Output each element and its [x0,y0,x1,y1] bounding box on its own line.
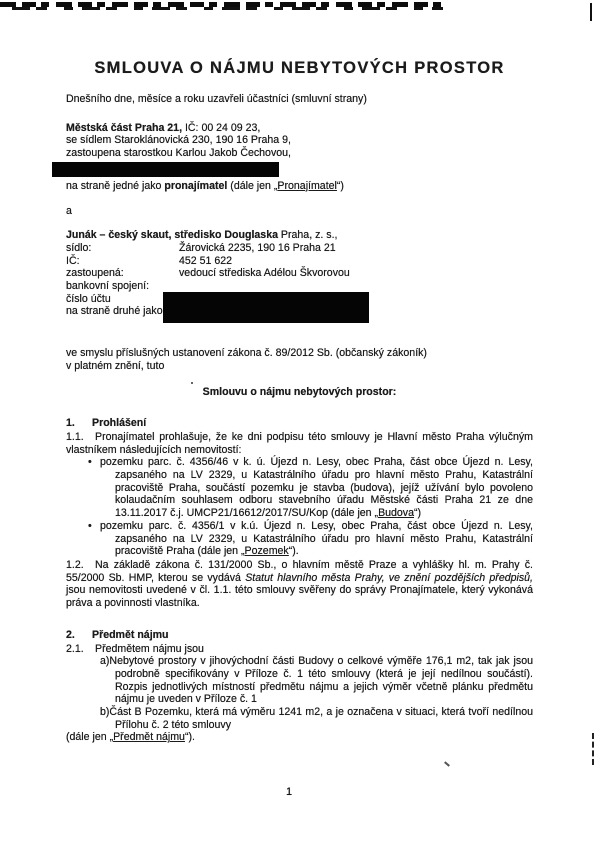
paragraph-1-1-number: 1.1. [66,431,95,444]
landlord-name: Městská část Praha 21, [66,122,182,134]
redaction-bar-tenant [163,292,369,323]
tenant-value-zastoupena: vedoucí střediska Adélou Škvorovou [179,267,533,280]
paragraph-1-2-text-end: jsou nemovitosti uvedené v čl. 1.1. této… [66,584,533,609]
bullet-item-parcel-4356-46: •pozemku parc. č. 4356/46 v k. ú. Újezd … [115,456,533,520]
paragraph-1-2-number: 1.2. [66,559,95,572]
tenant-name-rest: Praha, z. s., [278,229,337,241]
defined-term-predmet-najmu: Předmět nájmu [113,731,185,743]
landlord-role-line: na straně jedné jako pronajímatel (dále … [66,180,533,193]
defined-term-budova: Budova [378,507,414,519]
landlord-role-term-bold: pronajímatel [164,180,227,192]
section-2: 2.Předmět nájmu 2.1.Předmětem nájmu jsou… [66,629,533,744]
landlord-defined-term: Pronajímatel [277,180,336,192]
tenant-row-bank: bankovní spojení: [66,280,533,293]
tenant-name: Junák – český skaut, středisko Douglaska [66,229,278,241]
tenant-value-sidlo: Žárovická 2235, 190 16 Praha 21 [179,242,533,255]
tenant-row-zastoupena: zastoupená:vedoucí střediska Adélou Škvo… [66,267,533,280]
scan-artifact-edge-dashes [592,733,594,765]
contract-heading: Smlouvu o nájmu nebytových prostor: [66,386,533,399]
tenant-name-line: Junák – český skaut, středisko Douglaska… [66,229,533,242]
preamble-line-2: v platném znění, tuto [66,360,533,373]
tenant-row-ic: IČ:452 51 622 [66,255,533,268]
tenant-label-bank: bankovní spojení: [66,280,179,293]
landlord-address-line: se sídlem Staroklánovická 230, 190 16 Pr… [66,134,533,147]
item-a-label: a) [100,655,109,667]
tenant-label-zastoupena: zastoupená: [66,267,179,280]
bullet-icon: • [88,456,92,469]
bullet-1-text-end: “) [414,507,421,519]
landlord-role-post: “) [337,180,344,192]
item-b-label: b) [100,706,109,718]
item-a: a)Nebytové prostory v jihovýchodní části… [115,655,533,706]
closing-definition-line: (dále jen „Předmět nájmu“). [66,731,533,744]
bullet-1-text: pozemku parc. č. 4356/46 v k. ú. Újezd n… [100,456,533,519]
landlord-representative-line: zastoupena starostkou Karlou Jakob Čecho… [66,147,533,160]
preamble-line-1: ve smyslu příslušných ustanovení zákona … [66,347,533,360]
scan-noise-mark [444,761,450,766]
landlord-role-mid: (dále jen „ [227,180,277,192]
tenant-row-sidlo: sídlo:Žárovická 2235, 190 16 Praha 21 [66,242,533,255]
bullet-2-text-end: “). [289,545,299,557]
landlord-name-line: Městská část Praha 21, IČ: 00 24 09 23, [66,122,533,135]
landlord-role-pre: na straně jedné jako [66,180,164,192]
scan-artifact-edge-tick [590,3,592,21]
paragraph-1-1-text: Pronajímatel prohlašuje, že ke dni podpi… [66,431,533,456]
section-1: 1.Prohlášení 1.1.Pronajímatel prohlašuje… [66,417,533,610]
conjunction: a [66,205,533,218]
document-body: SMLOUVA O NÁJMU NEBYTOVÝCH PROSTOR Dnešn… [66,58,533,744]
page-number: 1 [286,786,292,798]
paragraph-2-1-text: Předmětem nájmu jsou [95,643,204,655]
landlord-ic: IČ: 00 24 09 23, [182,122,260,134]
section-1-number: 1. [66,417,92,430]
defined-term-pozemek: Pozemek [245,545,289,557]
property-bullet-list: •pozemku parc. č. 4356/46 v k. ú. Újezd … [66,456,533,558]
section-2-heading: Předmět nájmu [92,629,169,641]
bullet-item-parcel-4356-1: •pozemku parc. č. 4356/1 v k.ú. Újezd n.… [115,520,533,558]
section-1-heading-line: 1.Prohlášení [66,417,533,430]
tenant-value-bank [179,280,533,293]
tenant-block: Junák – český skaut, středisko Douglaska… [66,229,533,318]
section-2-heading-line: 2.Předmět nájmu [66,629,533,642]
paragraph-1-2: 1.2.Na základě zákona č. 131/2000 Sb., o… [66,559,533,610]
tenant-label-ic: IČ: [66,255,179,268]
tenant-value-ic: 452 51 622 [179,255,533,268]
scanned-contract-page: SMLOUVA O NÁJMU NEBYTOVÝCH PROSTOR Dnešn… [0,0,595,841]
redaction-bar-landlord [52,162,279,177]
bullet-2-text: pozemku parc. č. 4356/1 v k.ú. Újezd n. … [100,520,533,557]
closing-pre: (dále jen „ [66,731,113,743]
item-b: b)Část B Pozemku, která má výměru 1241 m… [115,706,533,731]
paragraph-2-1-number: 2.1. [66,643,95,656]
document-title: SMLOUVA O NÁJMU NEBYTOVÝCH PROSTOR [66,58,533,78]
intro-line: Dnešního dne, měsíce a roku uzavřeli úča… [66,93,533,106]
scan-artifact-top-strip-2 [3,7,443,10]
section-2-number: 2. [66,629,92,642]
statute-title-italic: Statut hlavního města Prahy, ve znění po… [245,572,533,584]
tenant-label-sidlo: sídlo: [66,242,179,255]
paragraph-2-1: 2.1.Předmětem nájmu jsou [66,643,533,656]
item-a-text: Nebytové prostory v jihovýchodní části B… [109,655,533,705]
preamble-block: ve smyslu příslušných ustanovení zákona … [66,347,533,372]
section-1-heading: Prohlášení [92,417,146,429]
tenant-role-pre: na straně druhé jako [66,305,166,317]
closing-post: “). [185,731,195,743]
item-b-text: Část B Pozemku, která má výměru 1241 m2,… [109,706,533,731]
paragraph-1-1: 1.1.Pronajímatel prohlašuje, že ke dni p… [66,431,533,456]
landlord-block: Městská část Praha 21, IČ: 00 24 09 23, … [66,122,533,193]
bullet-icon: • [88,520,92,533]
